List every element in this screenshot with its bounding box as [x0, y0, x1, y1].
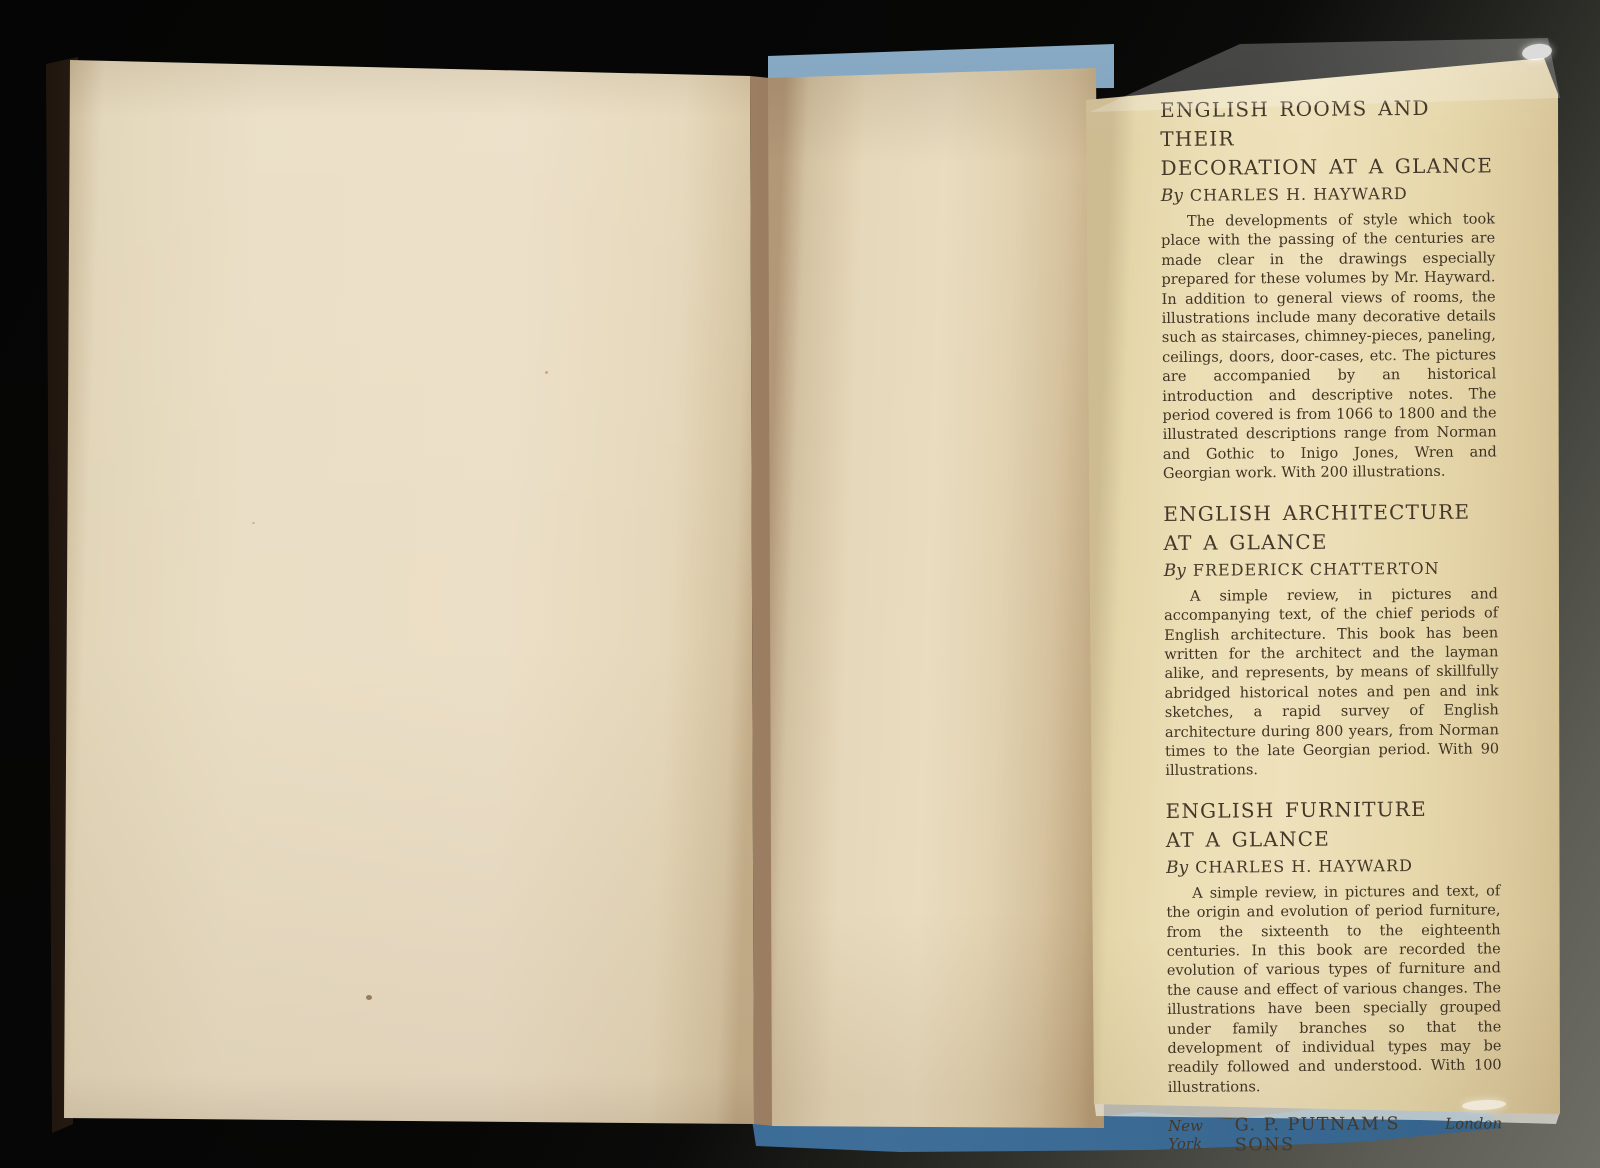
foxing-speck [366, 995, 372, 1000]
advert-title-line: ENGLISH ARCHITECTURE [1163, 497, 1497, 529]
imprint-publisher: G. P. PUTNAM'S SONS [1235, 1114, 1446, 1156]
byline-author: CHARLES H. HAYWARD [1190, 184, 1408, 205]
advert-title-line: AT A GLANCE [1163, 526, 1497, 558]
advert-section-english-architecture: ENGLISH ARCHITECTURE AT A GLANCE ByFREDE… [1163, 497, 1499, 782]
book-photo: ENGLISH ROOMS AND THEIR DECORATION AT A … [0, 0, 1600, 1168]
foxing-speck [252, 522, 255, 524]
byline-prefix: By [1161, 186, 1183, 206]
advert-byline: ByCHARLES H. HAYWARD [1161, 183, 1495, 206]
byline-prefix: By [1164, 560, 1186, 580]
advert-title-line: DECORATION AT A GLANCE [1160, 151, 1494, 183]
byline-author: FREDERICK CHATTERTON [1193, 559, 1440, 580]
advert-byline: ByCHARLES H. HAYWARD [1166, 855, 1500, 878]
advert-title: ENGLISH ARCHITECTURE AT A GLANCE [1163, 497, 1497, 558]
advert-section-english-rooms: ENGLISH ROOMS AND THEIR DECORATION AT A … [1160, 93, 1497, 484]
advert-title: ENGLISH FURNITURE AT A GLANCE [1166, 794, 1500, 855]
byline-prefix: By [1166, 858, 1188, 878]
advert-body: A simple review, in pictures and text, o… [1166, 882, 1502, 1098]
advert-title-line: AT A GLANCE [1166, 823, 1500, 855]
byline-author: CHARLES H. HAYWARD [1195, 856, 1413, 877]
foxing-speck [545, 371, 548, 374]
advert-byline: ByFREDERICK CHATTERTON [1164, 558, 1498, 581]
advert-section-english-furniture: ENGLISH FURNITURE AT A GLANCE ByCHARLES … [1166, 794, 1502, 1098]
advert-body: A simple review, in pictures and accompa… [1164, 585, 1500, 782]
flap-advert-text: ENGLISH ROOMS AND THEIR DECORATION AT A … [1160, 93, 1502, 1156]
imprint-city-left: New York [1168, 1117, 1235, 1154]
publisher-imprint: New York G. P. PUTNAM'S SONS London [1168, 1114, 1502, 1157]
advert-title-line: ENGLISH FURNITURE [1166, 794, 1500, 826]
imprint-city-right: London [1445, 1115, 1502, 1133]
advert-body: The developments of style which took pla… [1161, 210, 1497, 484]
